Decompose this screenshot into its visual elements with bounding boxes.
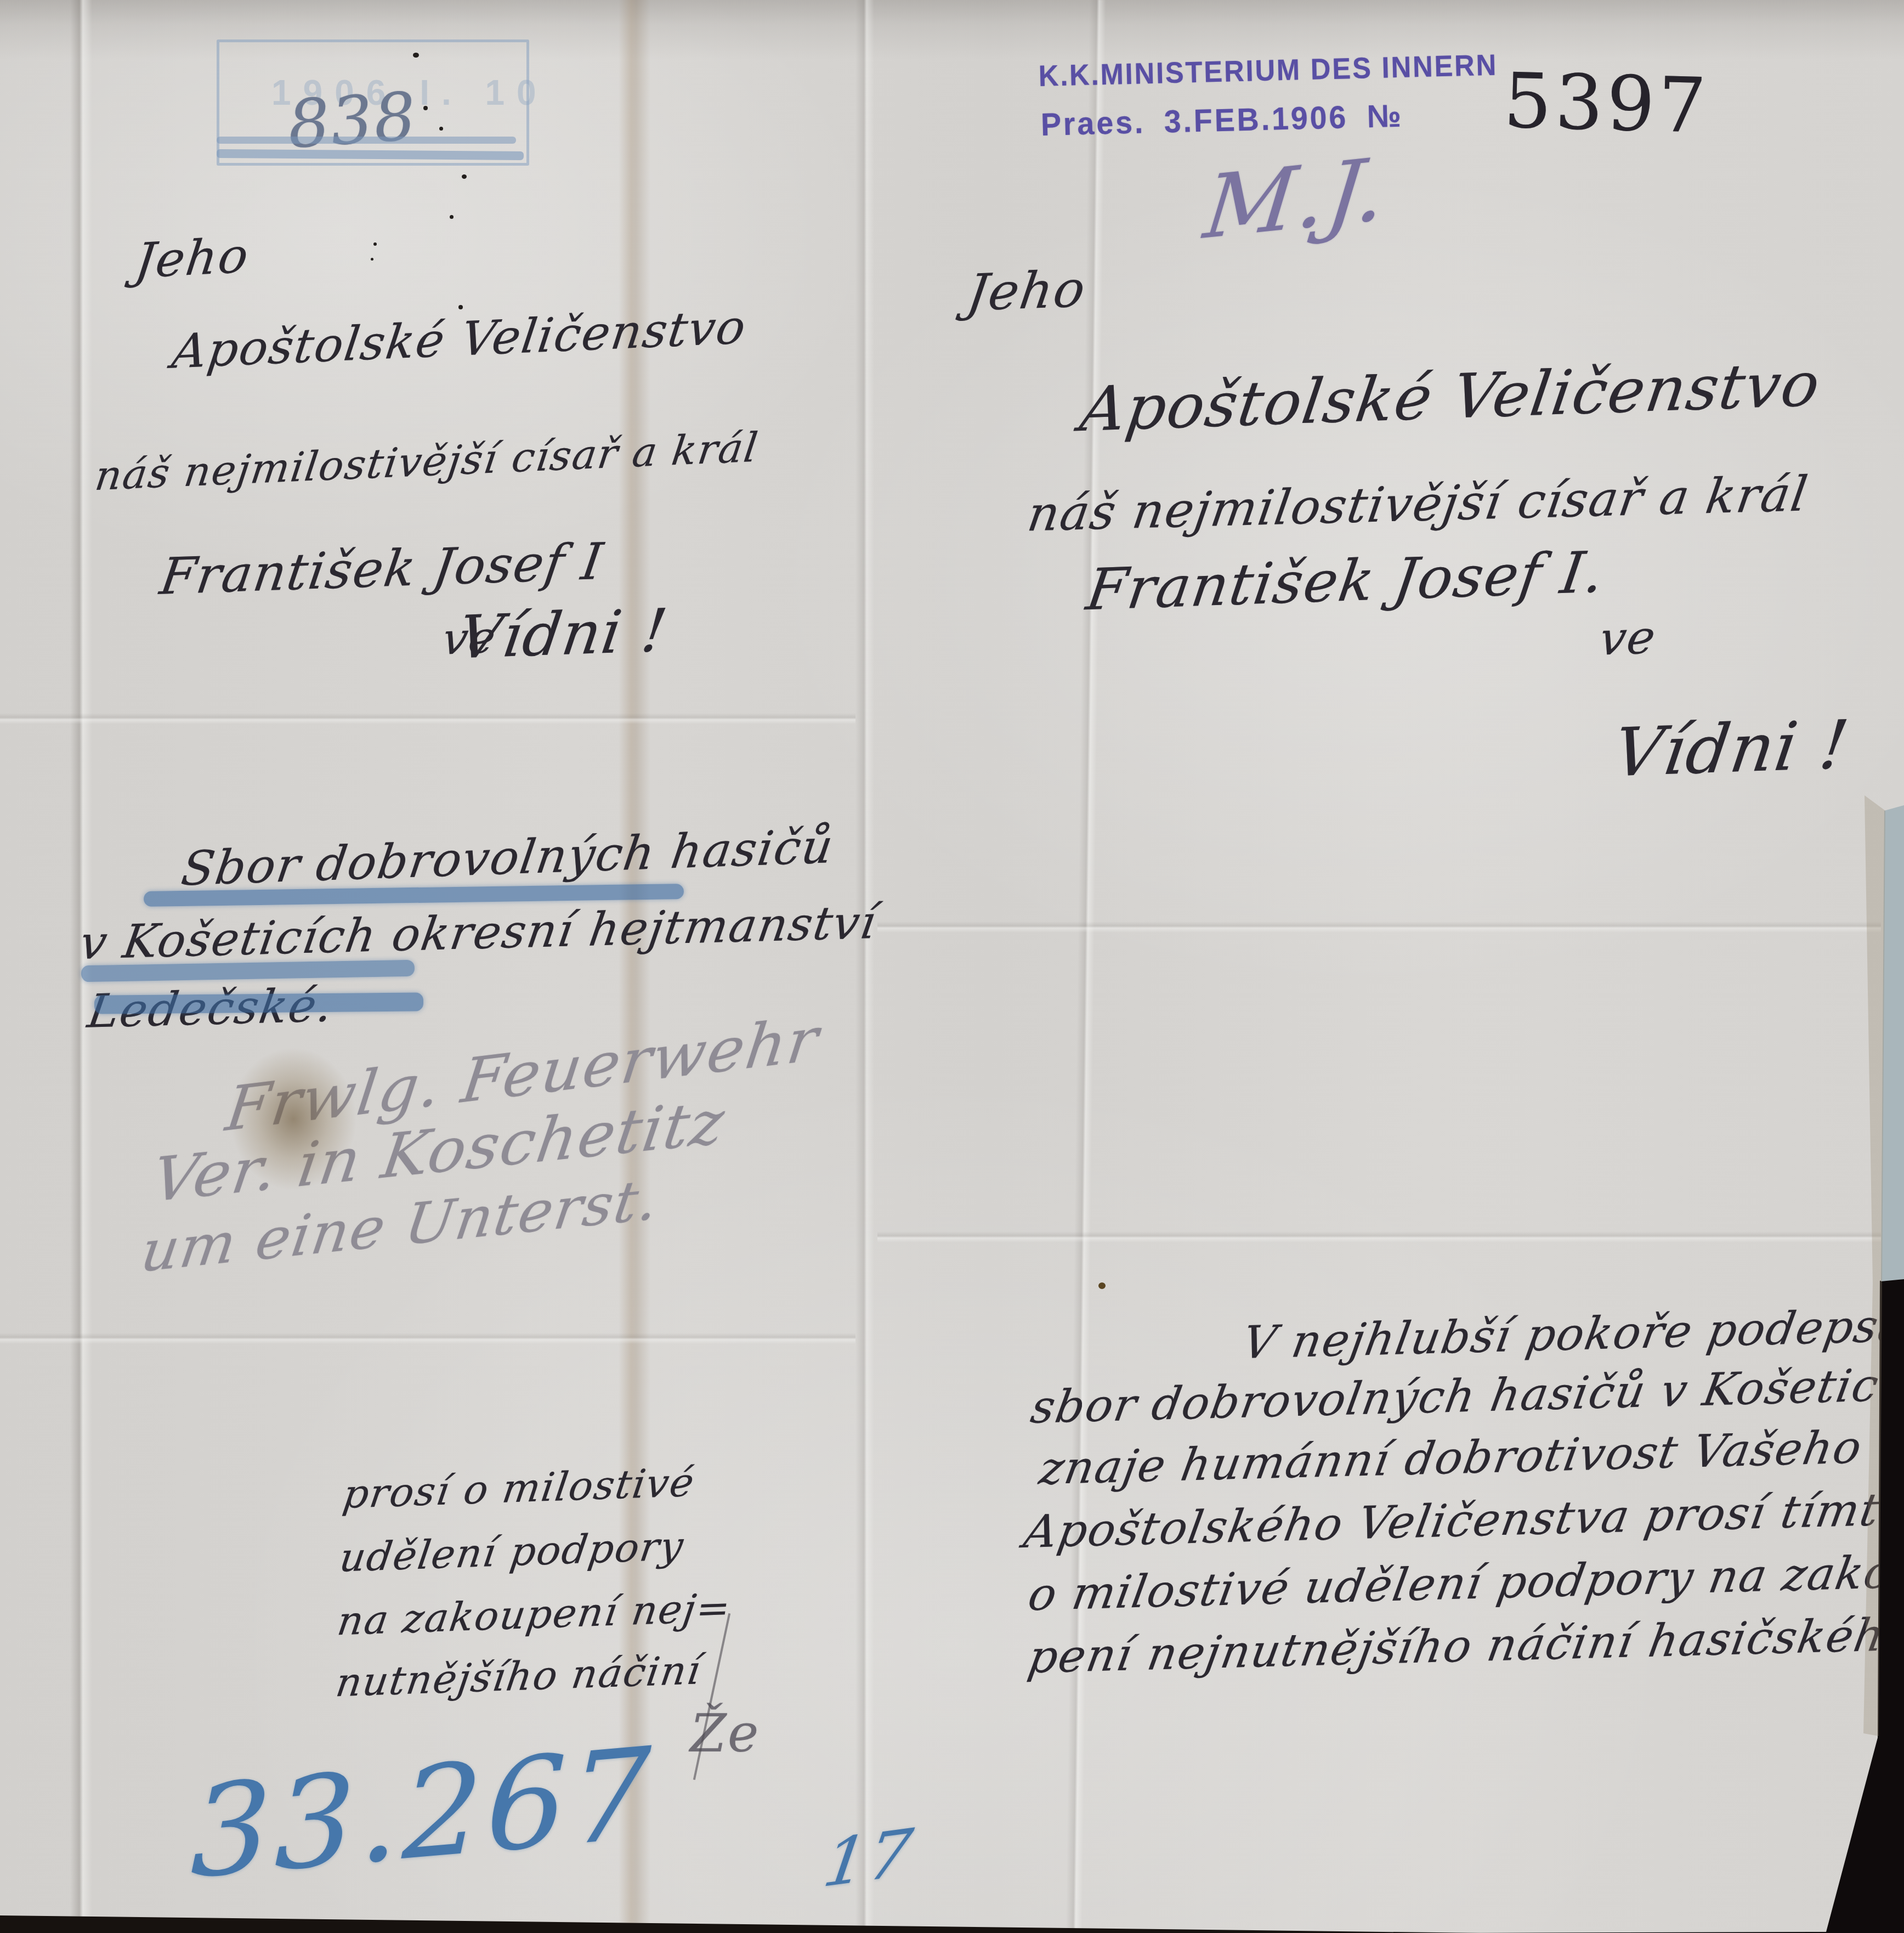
scan-background-right-strip <box>1881 805 1904 1281</box>
ink-speck <box>373 242 377 246</box>
right-salutation-vidni: Vídni ! <box>1609 706 1854 792</box>
registry-stamp-box: 1906 I. 10 838 <box>217 39 529 166</box>
left-salutation-majesty: Apoštolské Veličenstvo <box>169 300 750 379</box>
body-line3: znaje humánní dobrotivost Vašeho <box>1036 1422 1866 1495</box>
body-line1: V nejhlubší pokoře podepsaný <box>1239 1299 1904 1369</box>
ink-speck-brown <box>1098 1282 1106 1289</box>
registry-box-underline-1 <box>217 137 516 144</box>
ink-speck <box>371 258 373 261</box>
petition-line2: udělení podpory <box>337 1523 687 1580</box>
ink-speck <box>439 127 443 131</box>
underline-koseticich-2 <box>94 992 423 1014</box>
petition-line1: prosí o milostivé <box>340 1460 698 1517</box>
body-line5: o milostivé udělení podpory na zakou <box>1024 1546 1904 1621</box>
right-salutation-majesty: Apoštolské Veličenstvo <box>1076 349 1824 445</box>
petition-line4: nutnějšího náčiní <box>333 1647 704 1705</box>
crease-horizontal-left-2 <box>0 1333 855 1344</box>
blue-number-large: 33.267 <box>189 1722 655 1907</box>
body-line4: Apoštolského Veličenstva prosí tímto <box>1020 1484 1904 1558</box>
fold-crease-center <box>855 0 874 1933</box>
crease-horizontal-right-2 <box>877 1231 1881 1242</box>
left-salutation-jeho: Jeho <box>132 228 252 289</box>
left-salutation-emperor: náš nejmilostivější císař a král <box>92 425 761 500</box>
ink-speck <box>450 215 454 219</box>
crease-horizontal-left-1 <box>0 713 855 724</box>
ink-speck <box>423 106 428 110</box>
left-sender-line1: Sbor dobrovolných hasičů <box>178 819 837 896</box>
ministry-stamp-line2: Praes. 3.FEB.1906 № <box>1040 98 1403 143</box>
blue-number-small: 17 <box>819 1816 918 1902</box>
ink-speck <box>413 53 419 58</box>
ministry-stamp-line1: K.K.MINISTERIUM DES INNERN <box>1038 48 1498 93</box>
right-salutation-jeho: Jeho <box>964 260 1090 322</box>
fold-crease-stained <box>619 0 650 1933</box>
crease-horizontal-right-1 <box>877 922 1881 932</box>
right-salutation-emperor: náš nejmilostivější císař a král <box>1024 466 1812 541</box>
left-salutation-vidni: Vídni ! <box>454 597 672 672</box>
ink-speck <box>462 174 467 179</box>
petition-line3: na zakoupení nej= <box>335 1585 734 1644</box>
left-sender-line2: v Košeticích okresní hejtmanství <box>77 896 881 969</box>
body-line6: pení nejnutnějšího náčiní hasičského, <box>1024 1609 1904 1684</box>
clerk-initials: M.J. <box>1199 139 1391 258</box>
right-salutation-ve: ve <box>1596 611 1659 665</box>
ink-speck <box>458 305 463 309</box>
left-salutation-franz-josef: František Josef I <box>156 533 607 606</box>
scanned-letter-page: 1906 I. 10 838 K.K.MINISTERIUM DES INNER… <box>0 0 1904 1933</box>
file-number: 5397 <box>1503 58 1710 150</box>
registry-box-underline-2 <box>217 149 524 160</box>
body-line2: sbor dobrovolných hasičů v Košeticích <box>1027 1358 1904 1434</box>
right-salutation-franz-josef: František Josef I. <box>1083 540 1609 623</box>
scan-background-bottom <box>0 1915 1481 1933</box>
